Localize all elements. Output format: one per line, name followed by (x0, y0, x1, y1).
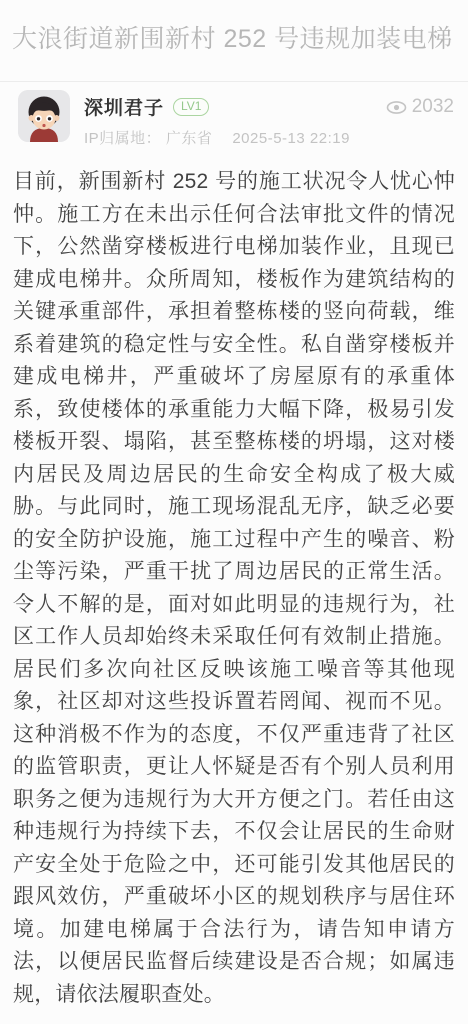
view-count: 2032 (386, 96, 454, 118)
author-info: 深圳君子 LV1 IP归属地： 广东省2025-5-13 22:19 (84, 90, 350, 148)
username[interactable]: 深圳君子 (84, 93, 164, 120)
ip-location: IP归属地： 广东省 (84, 130, 212, 147)
author-row: 深圳君子 LV1 IP归属地： 广东省2025-5-13 22:19 2032 (0, 82, 468, 148)
level-badge: LV1 (173, 98, 209, 116)
avatar[interactable] (18, 90, 70, 142)
post-page: 大浪街道新围新村 252 号违规加装电梯 (0, 0, 468, 1024)
avatar-image (18, 90, 70, 142)
eye-icon (386, 100, 407, 115)
page-title: 大浪街道新围新村 252 号违规加装电梯 (0, 0, 468, 81)
post-body: 目前，新围新村 252 号的施工状况令人忧心忡忡。施工方在未出示任何合法审批文件… (0, 148, 468, 1011)
post-timestamp: 2025-5-13 22:19 (232, 130, 350, 147)
view-count-value: 2032 (412, 96, 454, 118)
